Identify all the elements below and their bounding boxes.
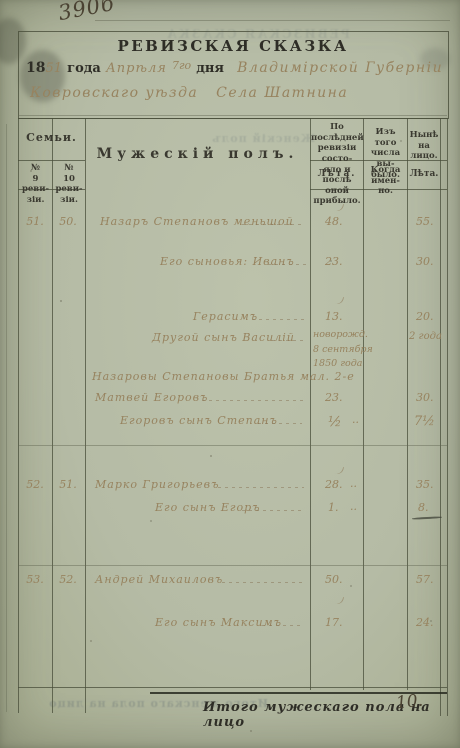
- when-left-value: ··: [350, 503, 357, 516]
- table-border-col5: [407, 118, 408, 690]
- place-line: Ковровскаго уѣзда Села Шатнина: [30, 85, 348, 101]
- header-outer-rule: [95, 20, 450, 21]
- age-now-value: 20.: [416, 310, 434, 323]
- table-border-right-outer: [447, 118, 448, 716]
- leader-line: [242, 224, 304, 225]
- subheader-when-exactly: Когда имен- но.: [364, 165, 407, 197]
- rev9-number: 52.: [17, 478, 53, 491]
- leader-line: [262, 625, 304, 626]
- leader-line: [252, 319, 304, 320]
- age-now-value: 2 года: [409, 331, 442, 342]
- age-now-value: 57.: [416, 573, 434, 586]
- age-last-value: 50.: [325, 573, 343, 586]
- pen-flourish: [335, 202, 344, 213]
- table-border-right-inner: [440, 118, 441, 716]
- age-last-value: 17.: [325, 616, 343, 629]
- table-border-col1: [52, 118, 53, 713]
- month-handwritten: Апрѣля: [106, 61, 167, 76]
- rev10-number: 51.: [50, 478, 86, 491]
- group-separator-2: [18, 565, 447, 566]
- age-last-value: 48.: [325, 215, 343, 228]
- col-header-male-sex: Мужескій полъ.: [85, 146, 310, 164]
- rev9-number: 53.: [17, 573, 53, 586]
- province-handwritten: Владимірской Губерніи: [237, 60, 443, 76]
- col-header-rev9: № 9 реви- зіи.: [19, 163, 52, 206]
- person-name: Его сыновья: Иванъ: [160, 255, 295, 268]
- age-now-value: 55.: [416, 215, 434, 228]
- age-last-value: ½: [328, 414, 342, 430]
- person-name: Марко Григорьевъ: [95, 478, 219, 491]
- date-line: 1851 года Апрѣля 7го дня Владимірской Гу…: [26, 57, 446, 77]
- rev10-number: 50.: [50, 215, 86, 228]
- century-printed: 18: [26, 60, 45, 76]
- pen-flourish: [335, 595, 344, 606]
- table-border-col2: [85, 118, 86, 713]
- table-border-left: [18, 118, 19, 713]
- rev10-number: 52.: [50, 573, 86, 586]
- table-border-left-outer: [6, 124, 7, 712]
- when-left-value: ··: [352, 416, 359, 429]
- col-header-families: Семьи.: [18, 131, 85, 145]
- table-border-top: [18, 118, 447, 119]
- col-header-since-last-revision: По послѣдней ревизіи состо- яло и послѣ …: [311, 122, 363, 207]
- age-now-value: 7½: [414, 414, 435, 429]
- pen-stroke: [412, 516, 442, 520]
- person-name: Герасимъ: [193, 310, 258, 323]
- age-now-value: 24.: [416, 616, 434, 629]
- leader-line: [222, 582, 304, 583]
- when-left-value: ··: [350, 480, 357, 493]
- person-name: Матвей Егоровъ: [95, 391, 208, 404]
- scanned-document-page: РЕВИЗСКАЯ СКАЗКА Женскій полъ Итого женс…: [0, 0, 460, 748]
- page-number: 390б: [56, 0, 116, 25]
- person-name: Его сынъ Максимъ: [155, 616, 282, 629]
- goda-label: года: [67, 61, 101, 76]
- age-last-value: 28.: [325, 478, 343, 491]
- age-last-value: 23.: [325, 391, 343, 404]
- person-name: Его сынъ Егоръ: [155, 501, 261, 514]
- table-border-bottom: [18, 687, 447, 688]
- person-name: Назаръ Степановъ меньшой: [100, 215, 294, 228]
- age-last-value: 13.: [325, 310, 343, 323]
- pen-flourish: [335, 295, 344, 306]
- subheader-age-now: Лѣта.: [408, 169, 440, 180]
- age-now-value: 30.: [416, 391, 434, 404]
- person-name: Андрей Михаиловъ: [95, 573, 223, 586]
- footer-total-value: 10.: [395, 691, 424, 714]
- person-name: Другой сынъ Василій: [152, 331, 295, 344]
- header-divider-left: [18, 160, 85, 161]
- leader-line: [218, 487, 304, 488]
- col-header-now-present: Нынѣ на лицо.: [408, 130, 440, 162]
- leader-line: [242, 510, 304, 511]
- age-now-value: 35.: [416, 478, 434, 491]
- age-last-value: 1.: [328, 501, 339, 514]
- age-now-value: 30.: [416, 255, 434, 268]
- table-border-top-outer: [18, 115, 447, 116]
- age-last-value: 23.: [325, 255, 343, 268]
- leader-line: [202, 400, 304, 401]
- age-now-value: 8.: [418, 501, 429, 514]
- col-header-rev10: № 10 реви- зіи.: [53, 163, 85, 206]
- year-handwritten: 51: [45, 61, 62, 76]
- leader-line: [272, 340, 304, 341]
- leader-line: [258, 423, 302, 424]
- person-name: Егоровъ сынъ Степанъ: [120, 414, 278, 427]
- paper-speckles: [0, 0, 2, 2]
- day-handwritten: 7го: [172, 59, 191, 72]
- table-border-col4: [363, 118, 364, 690]
- bleedthrough-column: Женскій полъ: [205, 132, 315, 145]
- pen-flourish: [335, 465, 344, 476]
- revision-title: РЕВИЗСКАЯ СКАЗКА: [18, 37, 448, 55]
- rev9-number: 51.: [17, 215, 53, 228]
- person-name: Назаровы Степановы Братья мал. 2-е: [92, 370, 355, 383]
- group-separator-1: [18, 445, 447, 446]
- age-last-value: новорожд. 8 сентября 1850 года: [313, 328, 373, 372]
- leader-line: [268, 264, 306, 265]
- dnya-label: дня: [196, 61, 224, 76]
- subheader-age-last: Лѣта.: [311, 169, 363, 180]
